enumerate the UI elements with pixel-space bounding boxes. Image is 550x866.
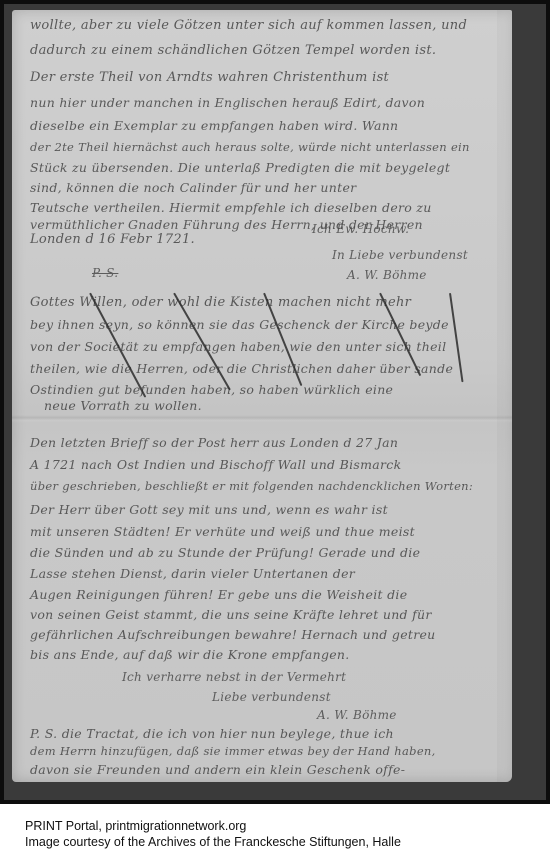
- manuscript-line: Der Herr über Gott sey mit uns und, wenn…: [30, 502, 388, 517]
- closing-line: Ich Ew. Hochw.: [312, 222, 409, 236]
- manuscript-line: A 1721 nach Ost Indien und Bischoff Wall…: [30, 457, 401, 472]
- signature: A. W. Böhme: [317, 708, 397, 722]
- closing-line: Ich verharre nebst in der Vermehrt: [122, 670, 346, 684]
- manuscript-line: der 2te Theil hiernächst auch heraus sol…: [30, 140, 470, 154]
- manuscript-line: bis ans Ende, auf daß wir die Krone empf…: [30, 647, 350, 662]
- manuscript-line: über geschrieben, beschließt er mit folg…: [30, 479, 473, 493]
- manuscript-line: sind, können die noch Calinder für und h…: [30, 180, 356, 195]
- manuscript-line: Stück zu übersenden. Die unterlaß Predig…: [30, 160, 450, 175]
- manuscript-line: Der erste Theil von Arndts wahren Christ…: [30, 70, 389, 85]
- manuscript-line: dieselbe ein Exemplar zu empfangen haben…: [30, 118, 398, 133]
- manuscript-page: wollte, aber zu viele Götzen unter sich …: [12, 10, 512, 782]
- manuscript-line: Gottes Willen, oder wohl die Kisten mach…: [30, 295, 411, 310]
- manuscript-line: neue Vorrath zu wollen.: [44, 398, 202, 413]
- manuscript-line: von seinen Geist stammt, die uns seine K…: [30, 607, 432, 622]
- caption-credit: Image courtesy of the Archives of the Fr…: [25, 834, 401, 850]
- paper-fold: [12, 415, 512, 423]
- postscript-marker: P. S.: [92, 266, 118, 280]
- manuscript-line: die Sünden und ab zu Stunde der Prüfung!…: [30, 545, 420, 560]
- manuscript-line: bey ihnen seyn, so können sie das Gesche…: [30, 317, 449, 332]
- manuscript-line: Teutsche vertheilen. Hiermit empfehle ic…: [30, 200, 432, 215]
- manuscript-line: Den letzten Brieff so der Post herr aus …: [30, 435, 398, 450]
- manuscript-line: nun hier under manchen in Englischen her…: [30, 95, 425, 110]
- manuscript-line: theilen, wie die Herren, oder die Christ…: [30, 361, 453, 376]
- caption-source: PRINT Portal, printmigrationnetwork.org: [25, 818, 401, 834]
- scan-image: wollte, aber zu viele Götzen unter sich …: [0, 0, 550, 804]
- signature: A. W. Böhme: [347, 268, 427, 282]
- manuscript-line: dadurch zu einem schändlichen Götzen Tem…: [30, 43, 436, 58]
- closing-line: In Liebe verbundenst: [332, 248, 468, 262]
- manuscript-line: Lasse stehen Dienst, darin vieler Untert…: [30, 566, 355, 581]
- postscript-line: P. S. die Tractat, die ich von hier nun …: [30, 726, 394, 741]
- manuscript-line: mit unseren Städten! Er verhüte und weiß…: [30, 524, 415, 539]
- manuscript-line: wollte, aber zu viele Götzen unter sich …: [30, 18, 467, 33]
- postscript-line: davon sie Freunden und andern ein klein …: [30, 762, 405, 777]
- manuscript-line: Augen Reinigungen führen! Er gebe uns di…: [30, 587, 407, 602]
- manuscript-line: gefährlichen Aufschreibungen bewahre! He…: [30, 627, 436, 642]
- manuscript-line: von der Societät zu empfangen haben, wie…: [30, 339, 446, 354]
- image-caption: PRINT Portal, printmigrationnetwork.org …: [25, 818, 401, 850]
- closing-line: Liebe verbundenst: [212, 690, 331, 704]
- postscript-line: dem Herrn hinzufügen, daß sie immer etwa…: [30, 744, 436, 758]
- date-line: Londen d 16 Febr 1721.: [30, 232, 195, 247]
- manuscript-line: Ostindien gut befunden haben, so haben w…: [30, 382, 393, 397]
